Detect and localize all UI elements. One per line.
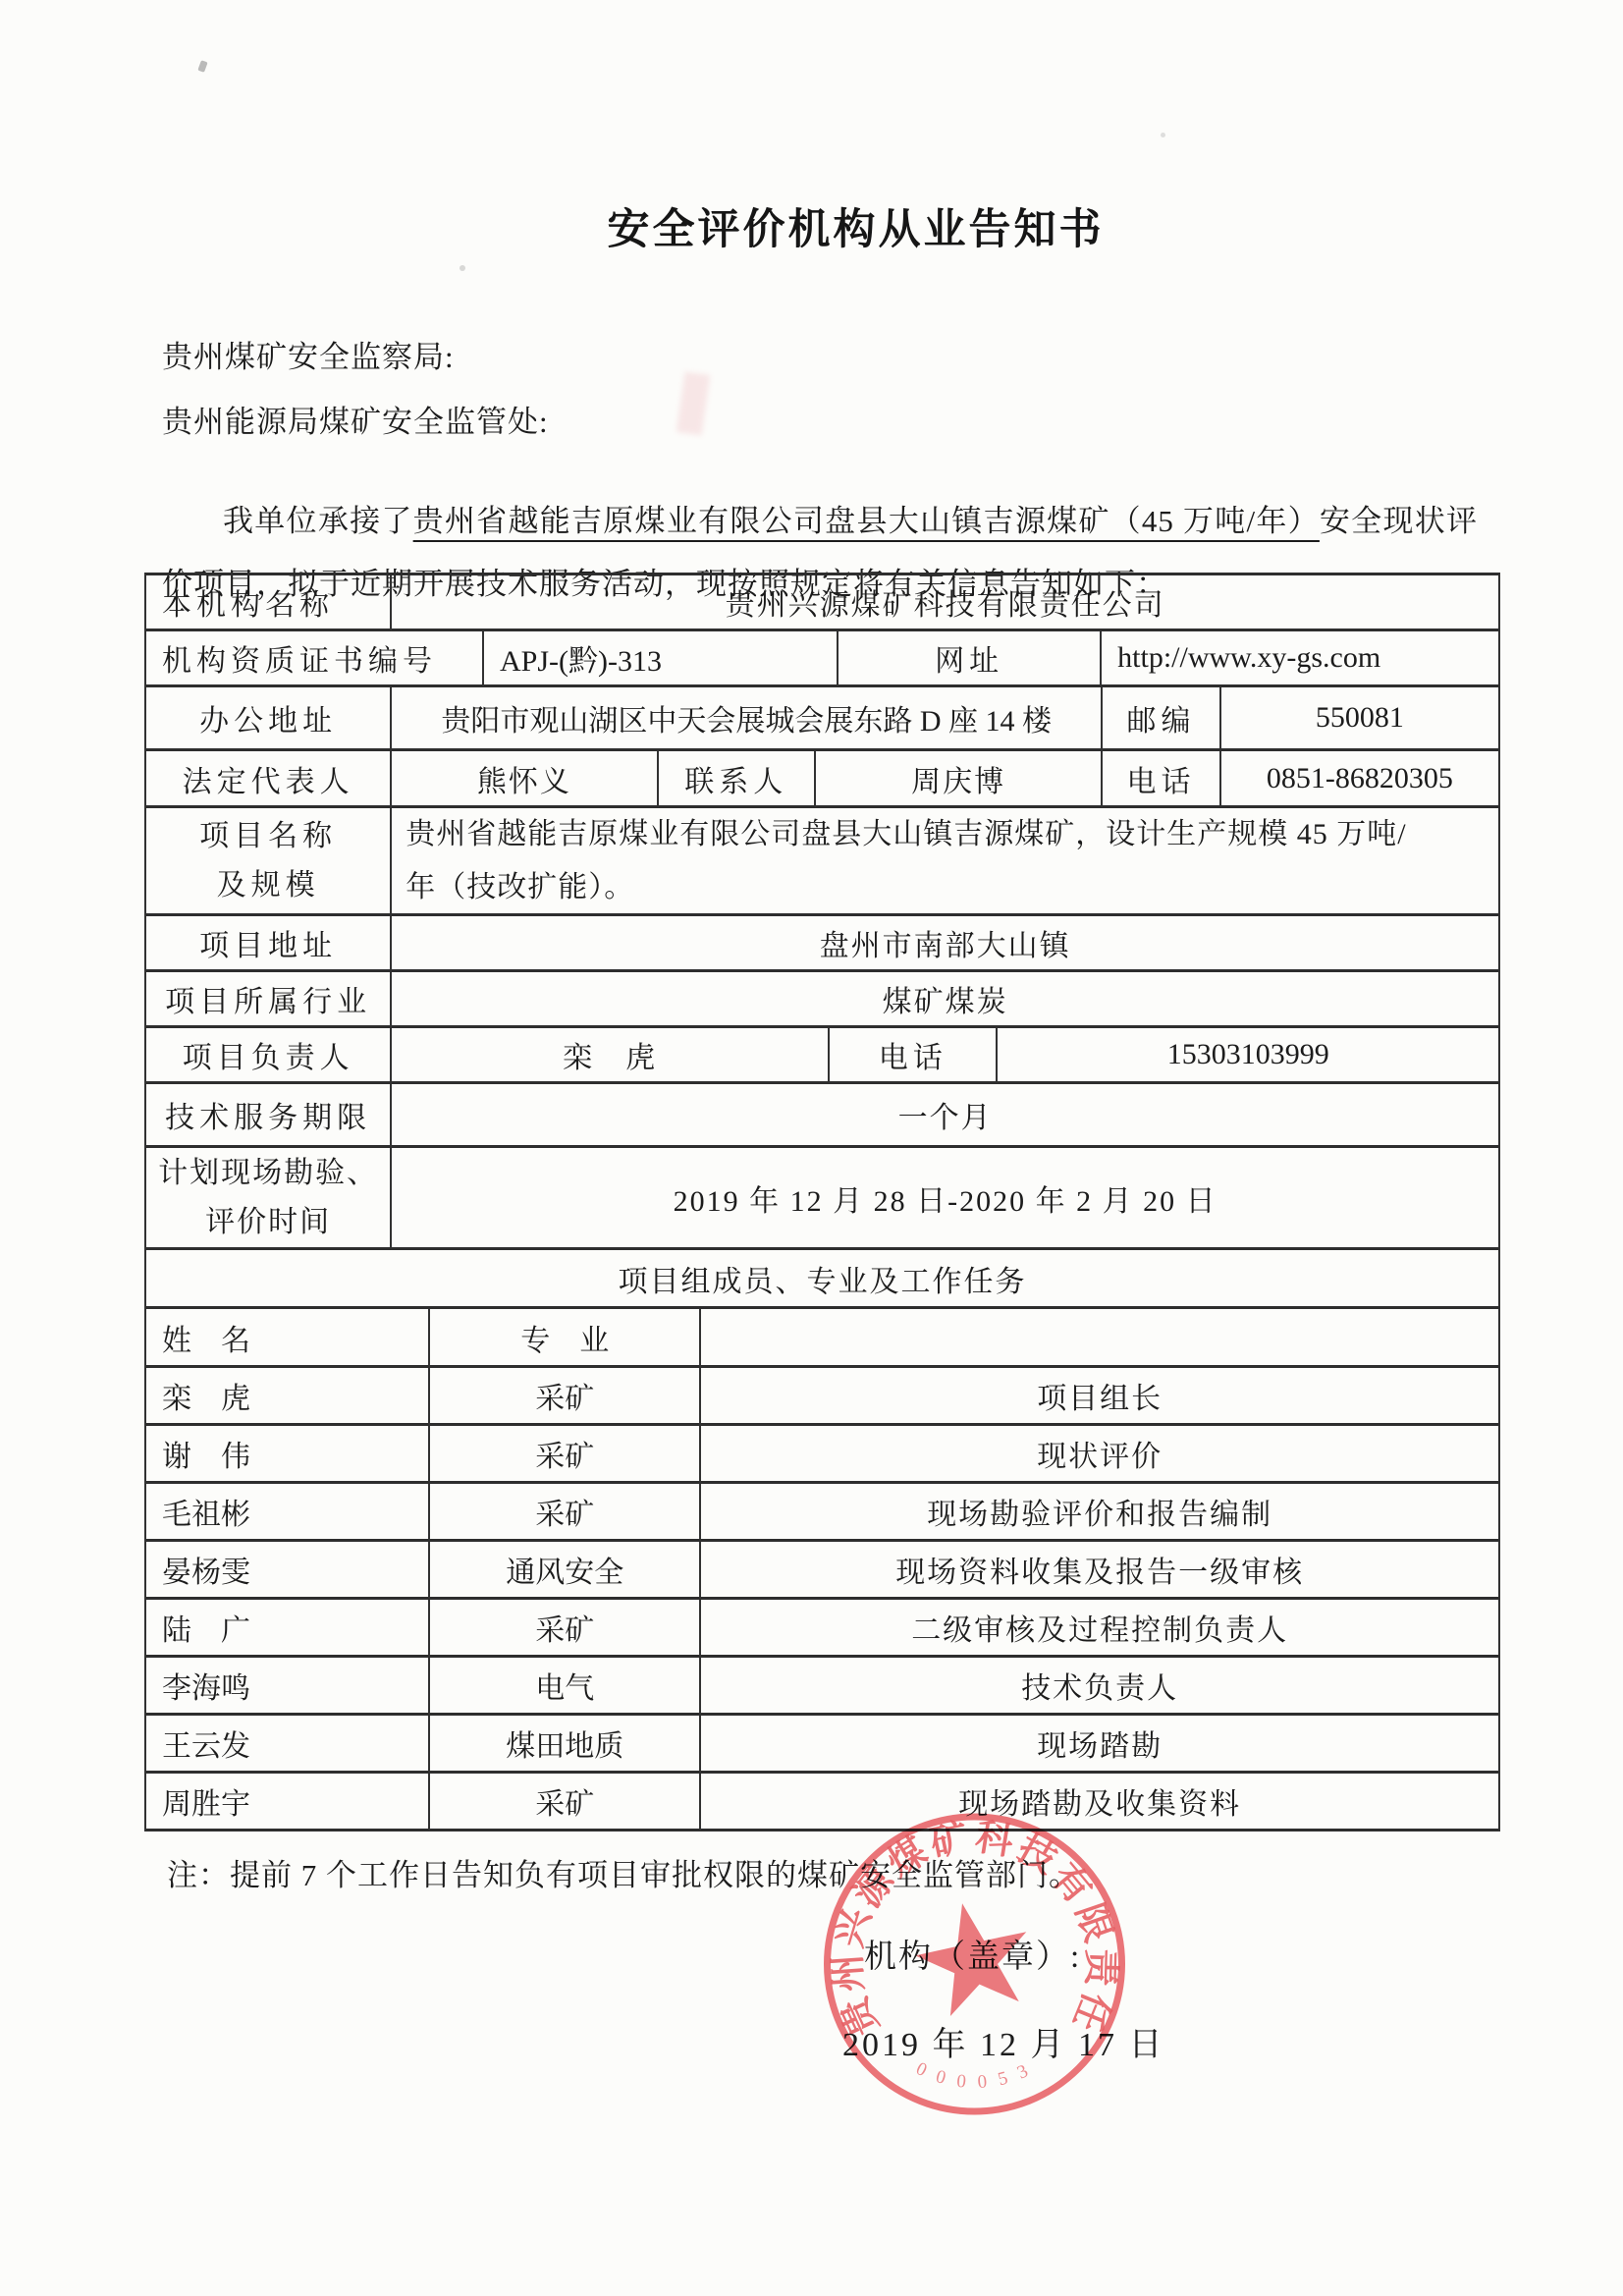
addressee-line-2: 贵州能源局煤矿安全监管处: (162, 397, 549, 441)
row-certificate: 机构资质证书编号 APJ-(黔)-313 网址 http://www.xy-gs… (146, 631, 1498, 687)
project-value-line1: 贵州省越能吉原煤业有限公司盘县大山镇吉源煤矿，设计生产规模 45 万吨/ (406, 808, 1406, 861)
legal-rep-value: 熊怀义 (392, 751, 658, 808)
addressee-line-1: 贵州煤矿安全监察局: (162, 332, 455, 376)
member-row: 晏杨雯 通风安全 现场资料收集及报告一级审核 (146, 1542, 1498, 1600)
schedule-label-line2: 评价时间 (205, 1198, 331, 1247)
row-project-name: 项目名称 及规模 贵州省越能吉原煤业有限公司盘县大山镇吉源煤矿，设计生产规模 4… (146, 808, 1498, 916)
member-name: 毛祖彬 (146, 1484, 430, 1542)
postcode-label: 邮编 (1103, 687, 1221, 751)
member-major: 采矿 (430, 1426, 701, 1484)
schedule-label: 计划现场勘验、 评价时间 (146, 1148, 392, 1250)
member-major: 煤田地质 (430, 1716, 701, 1774)
leader-label: 项目负责人 (146, 1028, 392, 1084)
member-task: 技术负责人 (701, 1658, 1498, 1716)
member-task: 项目组长 (701, 1368, 1498, 1426)
row-members-title: 项目组成员、专业及工作任务 (146, 1250, 1498, 1309)
member-major: 通风安全 (430, 1542, 701, 1600)
member-header-major: 专 业 (430, 1309, 701, 1368)
member-task: 现场踏勘 (701, 1716, 1498, 1774)
office-label: 办公地址 (146, 687, 392, 751)
seal-serial-code: 0 0 0 0 5 3 (913, 2058, 1035, 2093)
member-row: 王云发 煤田地质 现场踏勘 (146, 1716, 1498, 1774)
phone-value: 0851-86820305 (1221, 751, 1498, 808)
postcode-value: 550081 (1221, 687, 1498, 751)
project-label-line2: 及规模 (217, 861, 320, 910)
member-task: 现场勘验评价和报告编制 (701, 1484, 1498, 1542)
site-label: 项目地址 (146, 916, 392, 972)
schedule-value: 2019 年 12 月 28 日-2020 年 2 月 20 日 (392, 1148, 1498, 1250)
site-value: 盘州市南部大山镇 (392, 916, 1498, 972)
scan-red-smear (676, 371, 710, 435)
scan-speck (197, 60, 207, 73)
member-task: 现场资料收集及报告一级审核 (701, 1542, 1498, 1600)
member-name: 王云发 (146, 1716, 430, 1774)
row-org-name: 本机构名称 贵州兴源煤矿科技有限责任公司 (146, 575, 1498, 631)
phone-label: 电话 (1103, 751, 1221, 808)
member-name: 栾 虎 (146, 1368, 430, 1426)
member-name: 晏杨雯 (146, 1542, 430, 1600)
cert-value: APJ-(黔)-313 (484, 631, 839, 687)
project-label: 项目名称 及规模 (146, 808, 392, 916)
member-task: 二级审核及过程控制负责人 (701, 1600, 1498, 1658)
member-major: 采矿 (430, 1484, 701, 1542)
member-row: 栾 虎 采矿 项目组长 (146, 1368, 1498, 1426)
notification-table: 本机构名称 贵州兴源煤矿科技有限责任公司 机构资质证书编号 APJ-(黔)-31… (144, 573, 1500, 1831)
underlined-project-name: 贵州省越能吉原煤业有限公司盘县大山镇吉源煤矿（45 万吨/年） (413, 504, 1320, 538)
duration-value: 一个月 (392, 1084, 1498, 1148)
row-project-leader: 项目负责人 栾 虎 电话 15303103999 (146, 1028, 1498, 1084)
scan-speck (1161, 133, 1165, 137)
leader-phone-label: 电话 (830, 1028, 999, 1084)
member-major: 电气 (430, 1658, 701, 1716)
scan-speck (460, 265, 465, 271)
member-major: 采矿 (430, 1774, 701, 1831)
member-row: 谢 伟 采矿 现状评价 (146, 1426, 1498, 1484)
row-project-site: 项目地址 盘州市南部大山镇 (146, 916, 1498, 972)
member-header-name: 姓 名 (146, 1309, 430, 1368)
industry-label: 项目所属行业 (146, 972, 392, 1028)
member-major: 采矿 (430, 1368, 701, 1426)
project-value: 贵州省越能吉原煤业有限公司盘县大山镇吉源煤矿，设计生产规模 45 万吨/ 年（技… (392, 808, 1498, 916)
member-name: 陆 广 (146, 1600, 430, 1658)
member-name: 周胜宇 (146, 1774, 430, 1831)
legal-rep-label: 法定代表人 (146, 751, 392, 808)
member-header-task (701, 1309, 1498, 1368)
row-office-address: 办公地址 贵阳市观山湖区中天会展城会展东路 D 座 14 楼 邮编 550081 (146, 687, 1498, 751)
contact-value: 周庆博 (816, 751, 1103, 808)
member-name: 李海鸣 (146, 1658, 430, 1716)
project-label-line1: 项目名称 (199, 812, 337, 861)
website-value: http://www.xy-gs.com (1102, 631, 1498, 687)
row-schedule: 计划现场勘验、 评价时间 2019 年 12 月 28 日-2020 年 2 月… (146, 1148, 1498, 1250)
paragraph-pre: 我单位承接了 (223, 504, 413, 538)
svg-text:0 0 0 0 5 3: 0 0 0 0 5 3 (913, 2058, 1035, 2093)
members-section-title: 项目组成员、专业及工作任务 (146, 1250, 1498, 1309)
company-seal-stamp: 贵州兴源煤矿科技有限责任公司 0 0 0 0 5 3 (800, 1797, 1154, 2131)
scanned-document-page: 安全评价机构从业告知书 贵州煤矿安全监察局: 贵州能源局煤矿安全监管处: 我单位… (0, 0, 1623, 2296)
member-major: 采矿 (430, 1600, 701, 1658)
seal-star-icon (906, 1891, 1040, 2020)
member-task: 现状评价 (701, 1426, 1498, 1484)
row-legal-rep: 法定代表人 熊怀义 联系人 周庆博 电话 0851-86820305 (146, 751, 1498, 808)
leader-value: 栾 虎 (392, 1028, 830, 1084)
org-name-label: 本机构名称 (146, 575, 392, 631)
member-name: 谢 伟 (146, 1426, 430, 1484)
document-title: 安全评价机构从业告知书 (88, 196, 1623, 256)
office-value: 贵阳市观山湖区中天会展城会展东路 D 座 14 楼 (392, 687, 1103, 751)
member-row: 李海鸣 电气 技术负责人 (146, 1658, 1498, 1716)
row-service-duration: 技术服务期限 一个月 (146, 1084, 1498, 1148)
contact-label: 联系人 (659, 751, 817, 808)
member-row: 陆 广 采矿 二级审核及过程控制负责人 (146, 1600, 1498, 1658)
member-row: 毛祖彬 采矿 现场勘验评价和报告编制 (146, 1484, 1498, 1542)
project-value-line2: 年（技改扩能）。 (406, 861, 634, 914)
row-member-headers: 姓 名 专 业 (146, 1309, 1498, 1368)
org-name-value: 贵州兴源煤矿科技有限责任公司 (392, 575, 1498, 631)
website-label: 网址 (839, 631, 1102, 687)
duration-label: 技术服务期限 (146, 1084, 392, 1148)
schedule-label-line1: 计划现场勘验、 (158, 1149, 378, 1198)
cert-label: 机构资质证书编号 (146, 631, 484, 687)
row-industry: 项目所属行业 煤矿煤炭 (146, 972, 1498, 1028)
leader-phone-value: 15303103999 (998, 1028, 1498, 1084)
industry-value: 煤矿煤炭 (392, 972, 1498, 1028)
